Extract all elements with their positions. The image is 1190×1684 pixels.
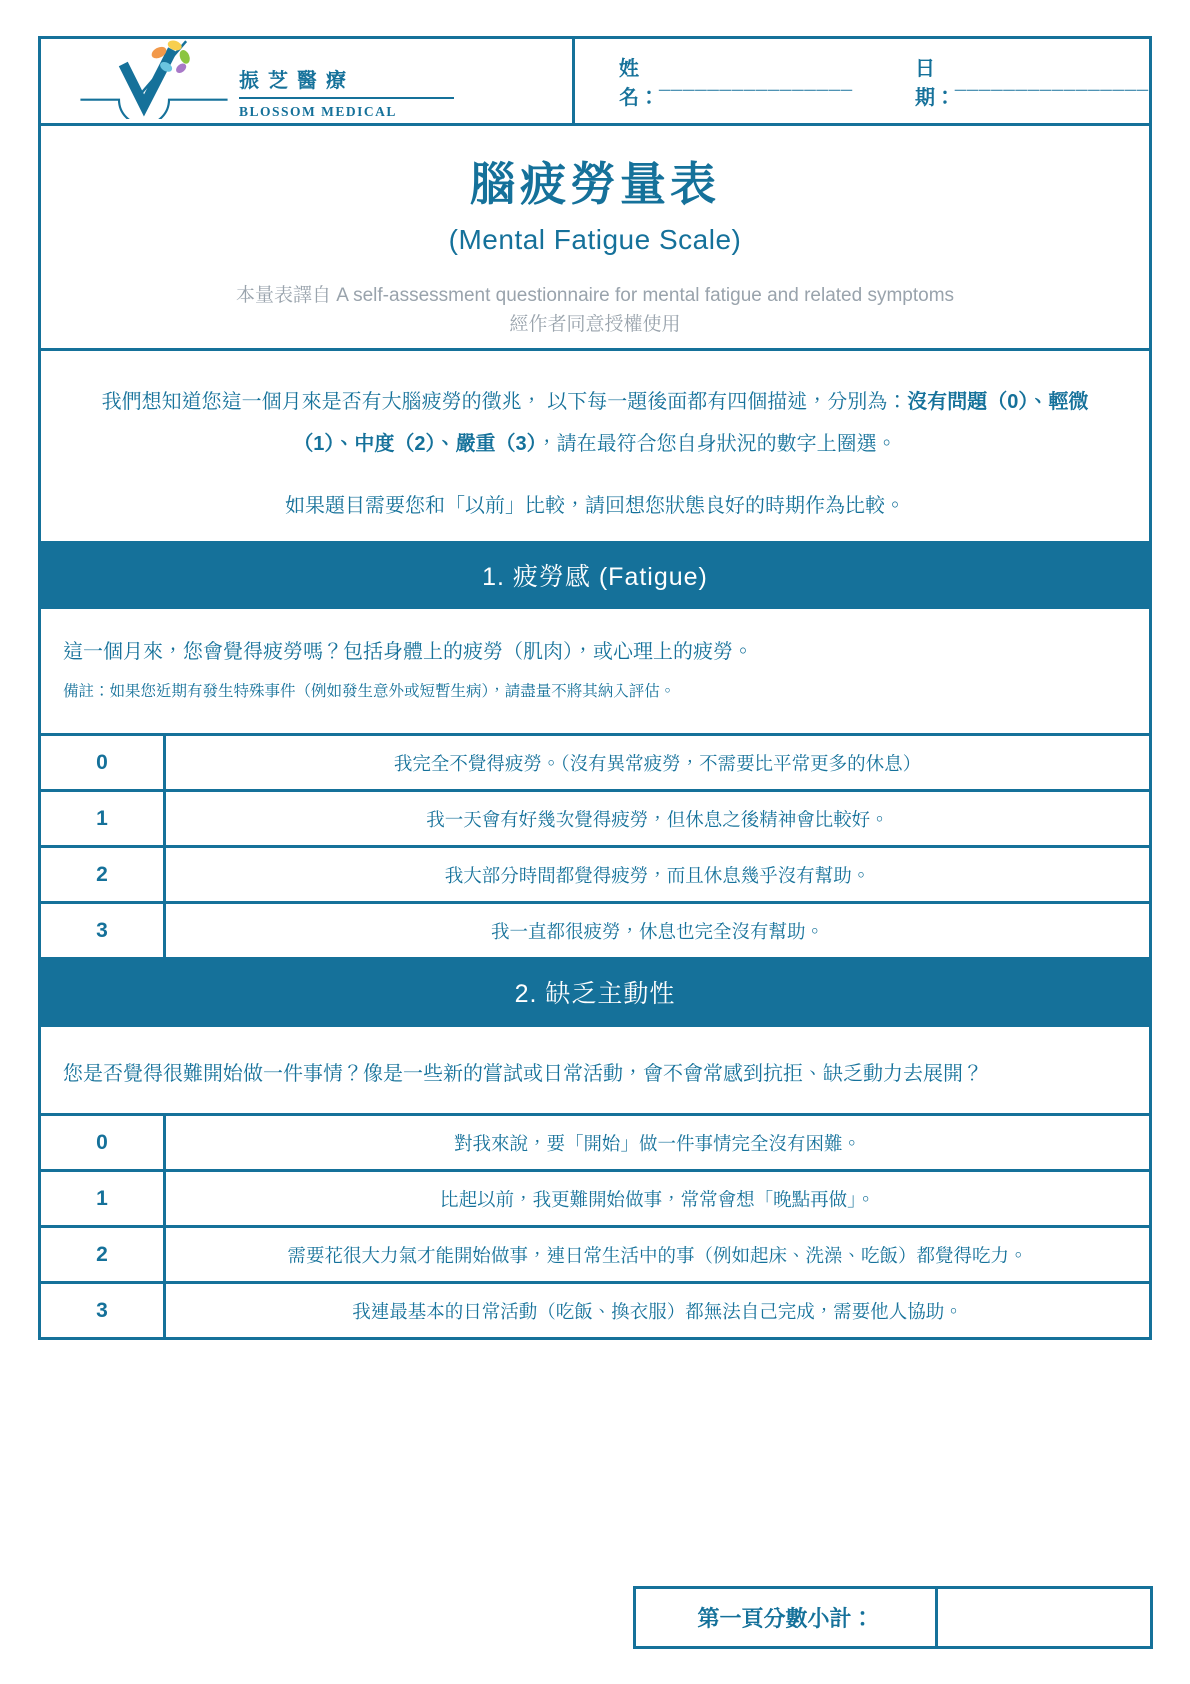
logo-cell: 振芝醫療 BLOSSOM MEDICAL (41, 39, 575, 123)
date-blank-line[interactable]: ________________ (955, 70, 1149, 93)
form-title: 腦疲勞量表 (41, 148, 1149, 214)
score-option-row: 3 我連最基本的日常活動（吃飯、換衣服）都無法自己完成，需要他人協助。 (41, 1281, 1149, 1337)
source-line-2: 經作者同意授權使用 (41, 311, 1149, 340)
form-subtitle: (Mental Fatigue Scale) (41, 224, 1149, 256)
instructions-block: 我們想知道您這一個月來是否有大腦疲勞的徵兆， 以下每一題後面都有四個描述，分別為… (41, 348, 1149, 541)
score-option-row: 0 對我來說，要「開始」做一件事情完全沒有困難。 (41, 1113, 1149, 1169)
score-option-row: 1 我一天會有好幾次覺得疲勞，但休息之後精神會比較好。 (41, 789, 1149, 845)
section-2-header: 2. 缺乏主動性 (41, 957, 1149, 1024)
score-value-0[interactable]: 0 (41, 1116, 166, 1169)
section-2-question-block: 您是否覺得很難開始做一件事情？像是一些新的嘗試或日常活動，會不會常感到抗拒、缺乏… (41, 1024, 1149, 1113)
score-option-row: 2 需要花很大力氣才能開始做事，連日常生活中的事（例如起床、洗澡、吃飯）都覺得吃… (41, 1225, 1149, 1281)
score-option-row: 3 我一直都很疲勞，休息也完全沒有幫助。 (41, 901, 1149, 957)
subtotal-label: 第一頁分數小計： (636, 1589, 938, 1646)
score-value-3[interactable]: 3 (41, 904, 166, 957)
source-line-1: 本量表譯自 A self-assessment questionnaire fo… (41, 282, 1149, 311)
instructions-tail: ，請在最符合您自身狀況的數字上圈選。 (537, 433, 897, 455)
option-text: 我完全不覺得疲勞。（沒有異常疲勞，不需要比平常更多的休息） (166, 736, 1149, 789)
content-frame: 振芝醫療 BLOSSOM MEDICAL 姓名： _______________… (38, 36, 1152, 1340)
score-value-0[interactable]: 0 (41, 736, 166, 789)
subtotal-box: 第一頁分數小計： (633, 1586, 1153, 1649)
page: 振芝醫療 BLOSSOM MEDICAL 姓名： _______________… (0, 0, 1190, 1684)
option-text: 我一直都很疲勞，休息也完全沒有幫助。 (166, 904, 1149, 957)
option-text: 比起以前，我更難開始做事，常常會想「晚點再做」。 (166, 1172, 1149, 1225)
score-value-2[interactable]: 2 (41, 1228, 166, 1281)
logo-divider (239, 97, 454, 99)
company-name-en: BLOSSOM MEDICAL (239, 104, 454, 120)
logo: 振芝醫療 BLOSSOM MEDICAL (79, 39, 454, 124)
date-label: 日期： (915, 52, 955, 110)
score-value-1[interactable]: 1 (41, 1172, 166, 1225)
source-attribution: 本量表譯自 A self-assessment questionnaire fo… (41, 282, 1149, 339)
name-label: 姓名： (619, 52, 659, 110)
score-option-row: 2 我大部分時間都覺得疲勞，而且休息幾乎沒有幫助。 (41, 845, 1149, 901)
title-block: 腦疲勞量表 (Mental Fatigue Scale) 本量表譯自 A sel… (41, 123, 1149, 348)
option-text: 我一天會有好幾次覺得疲勞，但休息之後精神會比較好。 (166, 792, 1149, 845)
blossom-needle-v-logo-icon (79, 39, 229, 124)
score-value-1[interactable]: 1 (41, 792, 166, 845)
instructions-lead: 我們想知道您這一個月來是否有大腦疲勞的徵兆， 以下每一題後面都有四個描述，分別為… (102, 391, 908, 413)
instructions-paragraph: 我們想知道您這一個月來是否有大腦疲勞的徵兆， 以下每一題後面都有四個描述，分別為… (80, 381, 1110, 465)
header-row: 振芝醫療 BLOSSOM MEDICAL 姓名： _______________… (41, 39, 1149, 123)
name-date-cell: 姓名： ________________ 日期： _______________… (575, 39, 1149, 123)
option-text: 對我來說，要「開始」做一件事情完全沒有困難。 (166, 1116, 1149, 1169)
comparison-note: 如果題目需要您和「以前」比較，請回想您狀態良好的時期作為比較。 (41, 485, 1149, 527)
section-1-note: 備註：如果您近期有發生特殊事件（例如發生意外或短暫生病），請盡量不將其納入評估。 (63, 679, 1127, 701)
option-text: 我連最基本的日常活動（吃飯、換衣服）都無法自己完成，需要他人協助。 (166, 1284, 1149, 1337)
company-name-cn: 振芝醫療 (239, 64, 454, 93)
section-1-question-block: 這一個月來，您會覺得疲勞嗎？包括身體上的疲勞（肌肉），或心理上的疲勞。 備註：如… (41, 606, 1149, 733)
logo-text: 振芝醫療 BLOSSOM MEDICAL (239, 64, 454, 120)
score-option-row: 0 我完全不覺得疲勞。（沒有異常疲勞，不需要比平常更多的休息） (41, 733, 1149, 789)
section-1-header: 1. 疲勞感 (Fatigue) (41, 541, 1149, 606)
score-option-row: 1 比起以前，我更難開始做事，常常會想「晚點再做」。 (41, 1169, 1149, 1225)
subtotal-value-cell[interactable] (938, 1589, 1150, 1646)
score-value-2[interactable]: 2 (41, 848, 166, 901)
option-text: 需要花很大力氣才能開始做事，連日常生活中的事（例如起床、洗澡、吃飯）都覺得吃力。 (166, 1228, 1149, 1281)
section-2-question: 您是否覺得很難開始做一件事情？像是一些新的嘗試或日常活動，會不會常感到抗拒、缺乏… (63, 1057, 1127, 1086)
option-text: 我大部分時間都覺得疲勞，而且休息幾乎沒有幫助。 (166, 848, 1149, 901)
section-1-question: 這一個月來，您會覺得疲勞嗎？包括身體上的疲勞（肌肉），或心理上的疲勞。 (63, 635, 1127, 664)
score-value-3[interactable]: 3 (41, 1284, 166, 1337)
name-blank-line[interactable]: ________________ (659, 70, 853, 93)
